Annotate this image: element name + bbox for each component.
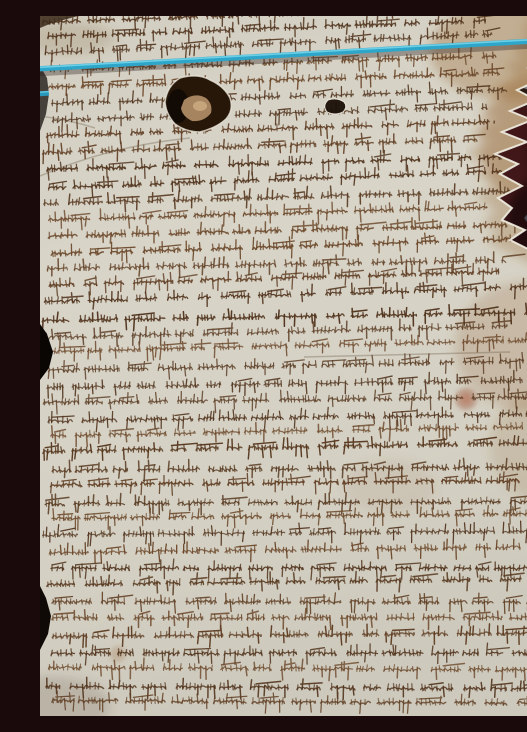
manuscript-scene <box>40 16 527 716</box>
manuscript-photo: Photograph of a medieval manuscript char… <box>40 16 527 716</box>
burn-hole-small <box>325 99 346 114</box>
hole-fragment-highlight <box>193 101 207 111</box>
parchment <box>40 16 527 716</box>
